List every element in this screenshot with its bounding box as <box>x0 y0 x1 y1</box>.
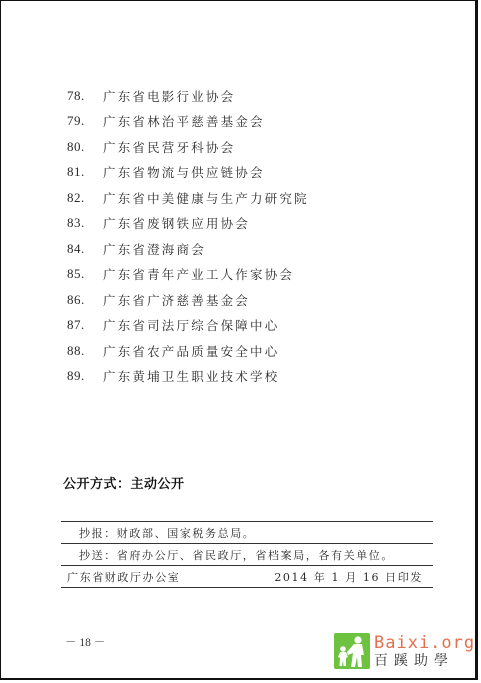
family-icon <box>334 633 370 669</box>
watermark-logo: Baixi.org 百蹊助學 <box>334 633 475 669</box>
item-name: 广东省司法厅综合保障中心 <box>103 316 279 334</box>
list-item: 83.广东省废钢铁应用协会 <box>67 211 309 237</box>
item-number: 78. <box>67 88 103 104</box>
list-item: 82.广东省中美健康与生产力研究院 <box>67 185 309 211</box>
publish-mode: 公开方式：主动公开 <box>63 473 185 492</box>
cc-report-text: 抄报：财政部、国家税务总局。 <box>79 525 255 541</box>
watermark-name: 百蹊助學 <box>374 654 475 668</box>
item-name: 广东省青年产业工人作家协会 <box>103 265 294 283</box>
cc-send-text: 抄送：省府办公厅、省民政厅，省档案局，各有关单位。 <box>79 547 394 563</box>
list-item: 89.广东黄埔卫生职业技术学校 <box>67 364 309 390</box>
issue-date: 2014 年 1 月 16 日印发 <box>274 569 423 585</box>
item-number: 87. <box>67 317 103 333</box>
item-name: 广东省林治平慈善基金会 <box>103 112 265 130</box>
item-number: 83. <box>67 215 103 231</box>
item-number: 81. <box>67 164 103 180</box>
item-number: 86. <box>67 292 103 308</box>
item-name: 广东省农产品质量安全中心 <box>103 342 279 360</box>
item-name: 广东省物流与供应链协会 <box>103 163 265 181</box>
organization-list: 78.广东省电影行业协会 79.广东省林治平慈善基金会 80.广东省民营牙科协会… <box>67 83 309 389</box>
item-number: 82. <box>67 190 103 206</box>
list-item: 81.广东省物流与供应链协会 <box>67 160 309 186</box>
item-number: 79. <box>67 113 103 129</box>
page-number: － 18 － <box>65 634 105 650</box>
list-item: 85.广东省青年产业工人作家协会 <box>67 262 309 288</box>
distribution-block: 抄报：财政部、国家税务总局。 抄送：省府办公厅、省民政厅，省档案局，各有关单位。… <box>61 521 433 588</box>
cc-report-row: 抄报：财政部、国家税务总局。 <box>61 522 433 543</box>
divider <box>61 587 433 588</box>
item-name: 广东省广济慈善基金会 <box>103 291 250 309</box>
cc-send-row: 抄送：省府办公厅、省民政厅，省档案局，各有关单位。 <box>61 544 433 565</box>
document-page: 78.广东省电影行业协会 79.广东省林治平慈善基金会 80.广东省民营牙科协会… <box>0 0 478 680</box>
item-number: 88. <box>67 343 103 359</box>
item-name: 广东省民营牙科协会 <box>103 138 235 156</box>
list-item: 80.广东省民营牙科协会 <box>67 134 309 160</box>
item-name: 广东省电影行业协会 <box>103 87 235 105</box>
item-name: 广东省澄海商会 <box>103 240 206 258</box>
list-item: 79.广东省林治平慈善基金会 <box>67 109 309 135</box>
item-name: 广东省中美健康与生产力研究院 <box>103 189 309 207</box>
item-name: 广东黄埔卫生职业技术学校 <box>103 367 279 385</box>
list-item: 87.广东省司法厅综合保障中心 <box>67 313 309 339</box>
issuer-row: 广东省财政厅办公室 2014 年 1 月 16 日印发 <box>61 566 433 587</box>
item-number: 85. <box>67 266 103 282</box>
item-number: 84. <box>67 241 103 257</box>
watermark-site: Baixi.org <box>374 635 475 652</box>
item-number: 80. <box>67 139 103 155</box>
item-number: 89. <box>67 368 103 384</box>
list-item: 84.广东省澄海商会 <box>67 236 309 262</box>
item-name: 广东省废钢铁应用协会 <box>103 214 250 232</box>
list-item: 88.广东省农产品质量安全中心 <box>67 338 309 364</box>
list-item: 78.广东省电影行业协会 <box>67 83 309 109</box>
list-item: 86.广东省广济慈善基金会 <box>67 287 309 313</box>
issuer-name: 广东省财政厅办公室 <box>67 569 180 585</box>
